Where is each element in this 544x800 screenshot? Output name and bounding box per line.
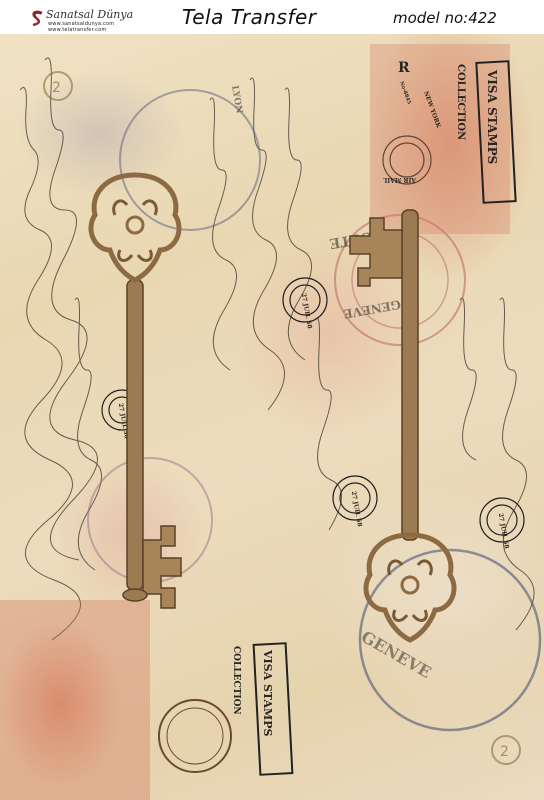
skeleton-key-right [350, 210, 454, 640]
svg-text:COLLECTION: COLLECTION [231, 646, 241, 715]
brand-logo: Sanatsal Dünya www.sanatsaldunya.com www… [30, 8, 170, 30]
collage-artwork: 27 JUIL 58 27 JUIL 58 27 JUIL 58 27 JUIL… [0, 34, 544, 800]
svg-text:GENEVE: GENEVE [358, 627, 434, 682]
brand-name: Sanatsal Dünya [46, 8, 133, 21]
svg-text:VISA STAMPS: VISA STAMPS [261, 649, 274, 736]
svg-text:R: R [398, 60, 410, 76]
svg-text:LYON: LYON [229, 85, 244, 115]
model-number: model no:422 [393, 9, 497, 27]
svg-text:2: 2 [52, 80, 61, 96]
svg-text:COLLECTION: COLLECTION [455, 64, 466, 140]
page-title: Tela Transfer [182, 5, 317, 29]
visa-stamp-bottom: VISA STAMPS COLLECTION [159, 643, 292, 774]
sheet-header: Sanatsal Dünya www.sanatsaldunya.com www… [0, 0, 544, 34]
transfer-artwork: 27 JUIL 58 27 JUIL 58 27 JUIL 58 27 JUIL… [0, 34, 544, 800]
brand-url: www.telatransfer.com [48, 27, 106, 33]
svg-text:27 JUIL 58: 27 JUIL 58 [350, 491, 363, 528]
svg-text:AIR MAIL: AIR MAIL [382, 176, 417, 183]
skeleton-key-left [91, 175, 181, 608]
svg-text:27 JUIL 58: 27 JUIL 58 [300, 293, 313, 330]
brand-swirl-icon [30, 10, 44, 26]
svg-text:VISA STAMPS: VISA STAMPS [485, 69, 499, 164]
svg-text:2: 2 [500, 744, 509, 760]
svg-text:27 JUIL 58: 27 JUIL 58 [497, 513, 510, 550]
svg-text:GENEVE: GENEVE [342, 297, 402, 321]
